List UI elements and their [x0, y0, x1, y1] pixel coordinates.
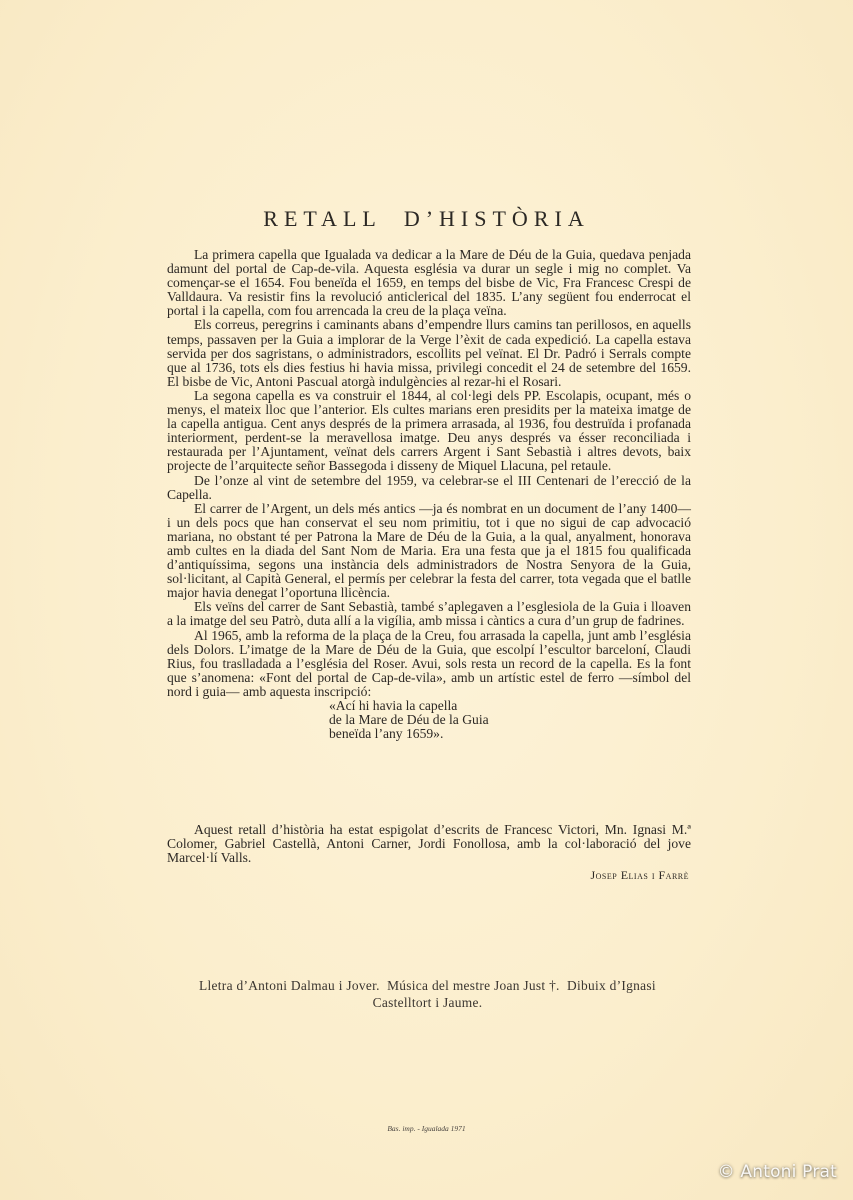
inscription-line: beneïda l’any 1659». — [329, 727, 691, 741]
song-credits: Lletra d’Antoni Dalmau i Jover. Música d… — [165, 977, 690, 1011]
paragraph-first-chapel: La primera capella que Igualada va dedic… — [167, 248, 691, 318]
paragraph-demolition: Al 1965, amb la reforma de la plaça de l… — [167, 629, 691, 699]
inscription-line: de la Mare de Déu de la Guia — [329, 713, 691, 727]
song-credits-line-1: Lletra d’Antoni Dalmau i Jover. Música d… — [165, 977, 690, 994]
document-page: RETALLD’HISTÒRIA La primera capella que … — [0, 0, 853, 1200]
printer-imprint: Bas. imp. - Igualada 1971 — [0, 1124, 853, 1133]
song-credits-line-2: Castelltort i Jaume. — [165, 994, 690, 1011]
paragraph-centenary: De l’onze al vint de setembre del 1959, … — [167, 474, 691, 502]
title-part-1: RETALL — [263, 206, 382, 231]
copyright-watermark: © Antoni Prat — [718, 1162, 837, 1182]
document-title: RETALLD’HISTÒRIA — [0, 206, 853, 232]
article-body: La primera capella que Igualada va dedic… — [167, 248, 691, 741]
paragraph-sant-sebastia: Els veïns del carrer de Sant Sebastià, t… — [167, 600, 691, 628]
paragraph-second-chapel: La segona capella es va construir el 184… — [167, 389, 691, 474]
inscription-quote: «Ací hi havia la capella de la Mare de D… — [329, 699, 691, 741]
paragraph-carrer-argent: El carrer de l’Argent, un dels més antic… — [167, 502, 691, 601]
sources-paragraph: Aquest retall d’història ha estat espigo… — [167, 823, 691, 865]
sources-section: Aquest retall d’història ha estat espigo… — [167, 823, 691, 882]
author-signature: Josep Elias i Farrè — [167, 868, 691, 882]
title-part-2: D’HISTÒRIA — [404, 206, 590, 231]
inscription-line: «Ací hi havia la capella — [329, 699, 691, 713]
paragraph-travellers: Els correus, peregrins i caminants abans… — [167, 318, 691, 388]
